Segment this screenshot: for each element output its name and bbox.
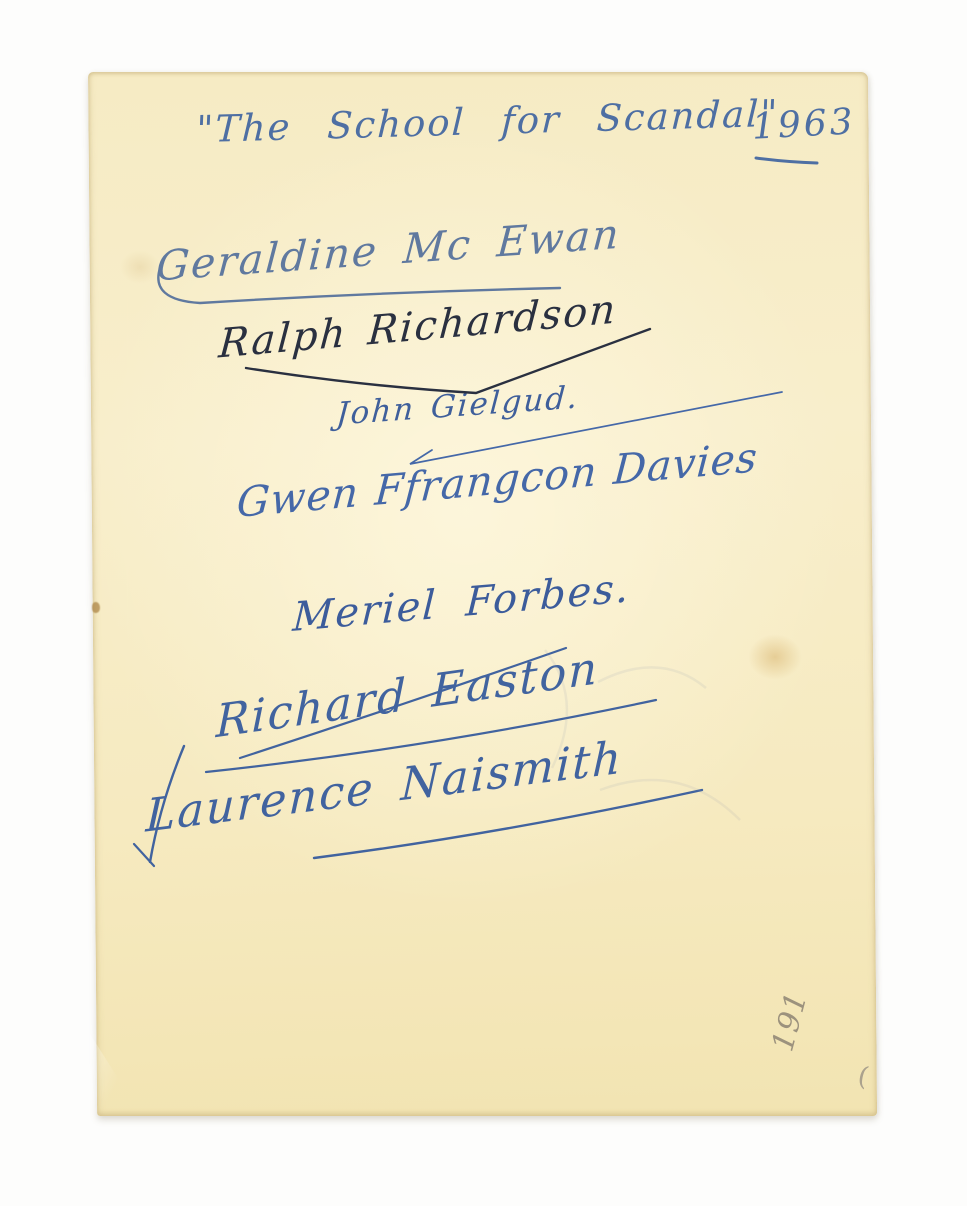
ink-spot-stain xyxy=(92,602,100,613)
age-stain xyxy=(748,634,802,680)
faint-stain xyxy=(120,250,160,284)
autograph-page-photo: "The School for Scandal" 1963 Geraldine … xyxy=(0,0,967,1206)
page-year: 1963 xyxy=(751,101,857,147)
